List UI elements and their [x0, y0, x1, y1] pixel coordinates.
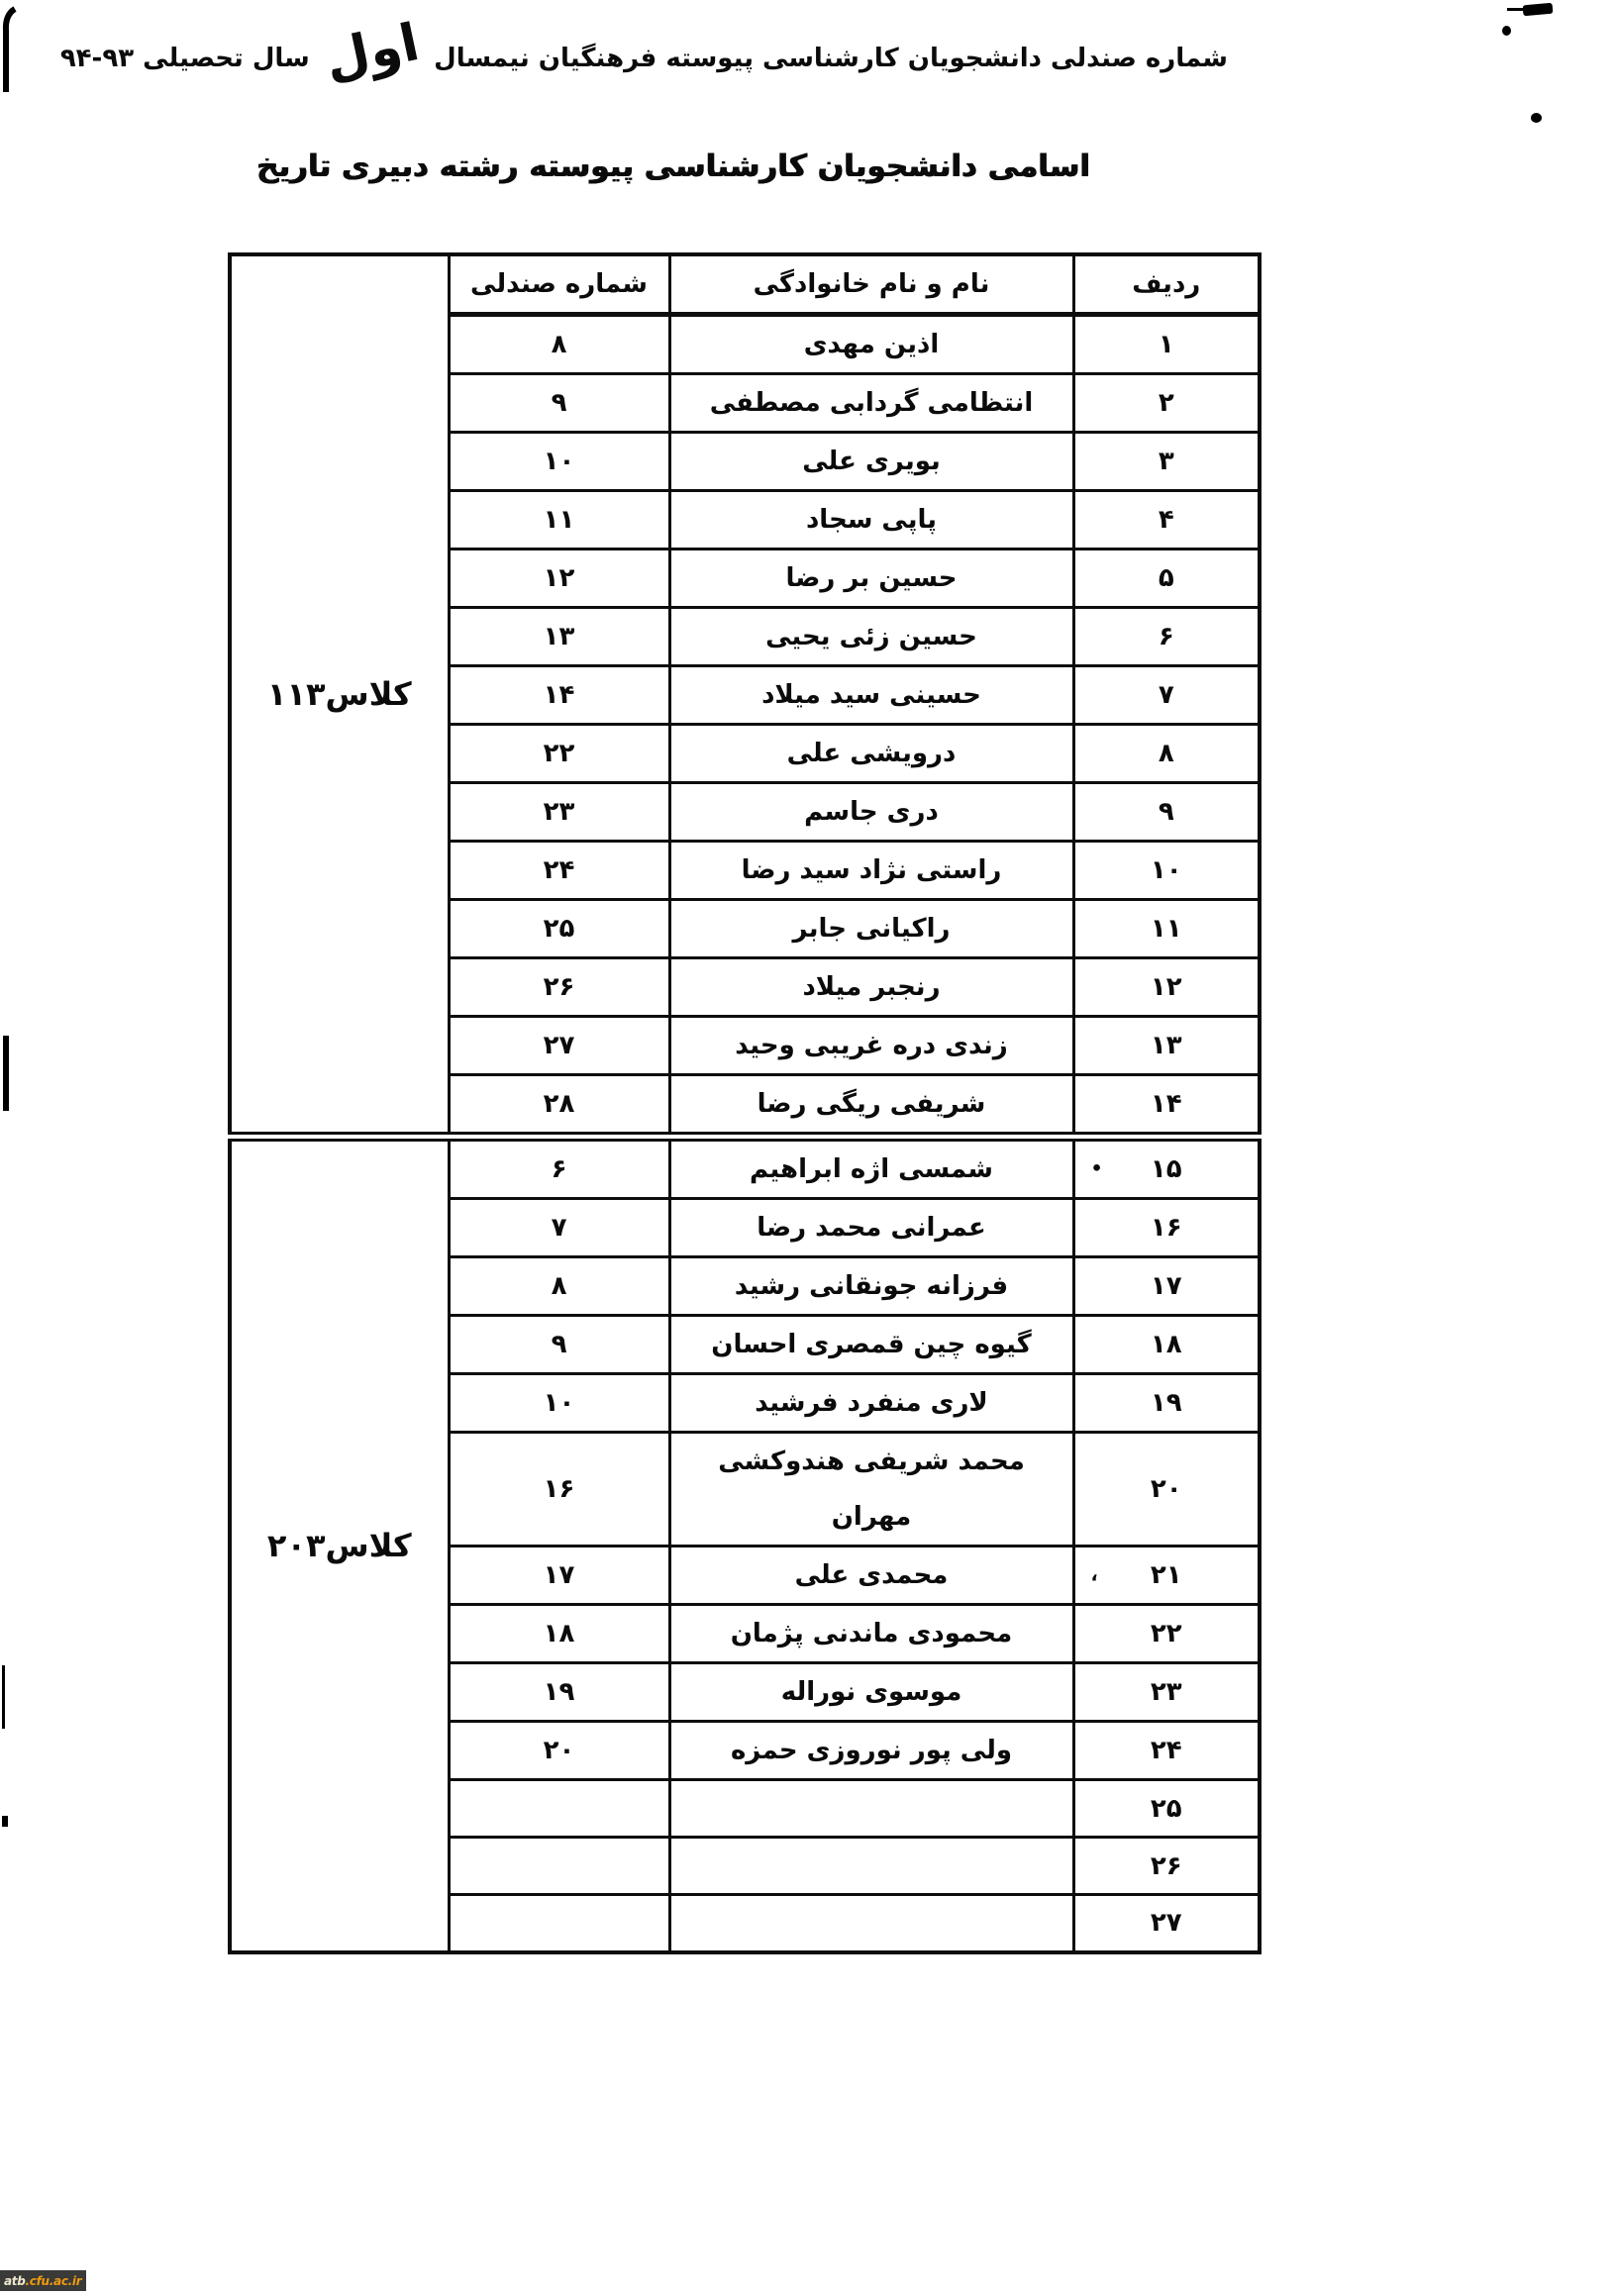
row-number: ۲ — [1159, 388, 1174, 418]
row-number-cell: ۱۰ — [1073, 842, 1260, 900]
seat-number-cell: ۱۰ — [449, 433, 669, 491]
row-number-cell: ۱۶ — [1073, 1199, 1260, 1257]
row-number: ۲۱ — [1151, 1560, 1182, 1590]
row-number-cell: ۲۲ — [1073, 1605, 1260, 1663]
row-number-cell: •۱۵ — [1073, 1137, 1260, 1199]
row-number: ۷ — [1159, 680, 1174, 710]
student-name-cell: دری جاسم — [669, 783, 1073, 842]
roster-header-row: ردیفنام و نام خانوادگیشماره صندلیکلاس۱۱۳ — [230, 254, 1260, 315]
student-name-cell: موسوی نوراله — [669, 1663, 1073, 1722]
seat-number-cell: ۹ — [449, 374, 669, 433]
row-number-cell: ۴ — [1073, 491, 1260, 549]
seat-number-cell: ۲۲ — [449, 725, 669, 783]
student-name-cell: پاپی سجاد — [669, 491, 1073, 549]
row-number: ۱۲ — [1151, 972, 1182, 1002]
student-name-cell: درویشی علی — [669, 725, 1073, 783]
class-label-cell: کلاس۱۱۳ — [230, 254, 449, 1137]
page-header-line: شماره صندلی دانشجویان کارشناسی پیوسته فر… — [228, 44, 1228, 73]
student-name-cell: محمد شریفی هندوکشی مهران — [669, 1433, 1073, 1547]
ink-mark-left-line — [2, 1665, 5, 1729]
seat-number-cell: ۲۸ — [449, 1075, 669, 1138]
row-number-cell: ۳ — [1073, 433, 1260, 491]
ink-mark-pen-stroke — [0, 5, 22, 98]
scanned-document-page: شماره صندلی دانشجویان کارشناسی پیوسته فر… — [0, 0, 1616, 2296]
class-label-cell: کلاس۲۰۳ — [230, 1137, 449, 1952]
seat-number-cell: ۱۰ — [449, 1374, 669, 1433]
row-number-cell: ،۲۱ — [1073, 1547, 1260, 1605]
row-number: ۱۸ — [1151, 1330, 1182, 1359]
row-number: ۱ — [1159, 330, 1174, 359]
row-number-cell: ۲ — [1073, 374, 1260, 433]
row-number: ۱۶ — [1151, 1213, 1182, 1243]
seat-number-cell: ۲۶ — [449, 958, 669, 1017]
seat-number-cell: ۲۴ — [449, 842, 669, 900]
row-number: ۱۳ — [1151, 1031, 1182, 1060]
student-roster-table: ردیفنام و نام خانوادگیشماره صندلیکلاس۱۱۳… — [228, 252, 1262, 1954]
row-number: ۳ — [1159, 447, 1174, 476]
student-name-cell: راکیانی جابر — [669, 900, 1073, 958]
row-number: ۲۶ — [1151, 1851, 1182, 1881]
student-name-cell: عمرانی محمد رضا — [669, 1199, 1073, 1257]
row-number: ۱۹ — [1151, 1388, 1182, 1418]
document-title: اسامی دانشجویان کارشناسی پیوسته رشته دبی… — [248, 149, 1099, 184]
row-number-cell: ۲۶ — [1073, 1838, 1260, 1895]
student-name-cell: انتظامی گردابی مصطفی — [669, 374, 1073, 433]
student-name-cell: بویری علی — [669, 433, 1073, 491]
row-number: ۲۰ — [1151, 1474, 1182, 1504]
row-number: ۲۵ — [1151, 1794, 1182, 1824]
handwritten-aval: اول — [326, 42, 418, 61]
seat-number-cell: ۲۰ — [449, 1722, 669, 1780]
row-number: ۵ — [1159, 563, 1174, 593]
student-name-cell: اذین مهدی — [669, 315, 1073, 374]
row-number-cell: ۱۴ — [1073, 1075, 1260, 1138]
student-name-cell: حسین بر رضا — [669, 549, 1073, 608]
student-name-cell: محمودی ماندنی پژمان — [669, 1605, 1073, 1663]
header-academic-year: ۹۴-۹۳ — [60, 44, 134, 73]
seat-number-cell: ۸ — [449, 315, 669, 374]
row-number: ۱۵ — [1151, 1154, 1182, 1184]
student-name-cell — [669, 1895, 1073, 1952]
row-number-cell: ۱۸ — [1073, 1316, 1260, 1374]
seat-number-cell: ۲۵ — [449, 900, 669, 958]
row-number: ۸ — [1159, 739, 1174, 768]
row-number-cell: ۲۴ — [1073, 1722, 1260, 1780]
row-number: ۹ — [1159, 797, 1174, 827]
row-number: ۲۴ — [1151, 1736, 1182, 1765]
student-name-cell: راستی نژاد سید رضا — [669, 842, 1073, 900]
ink-mark-left-tick — [2, 1816, 8, 1827]
seat-number-cell — [449, 1780, 669, 1838]
seat-number-cell — [449, 1895, 669, 1952]
seat-number-cell: ۲۷ — [449, 1017, 669, 1075]
class-label: کلاس۱۱۳ — [232, 675, 448, 713]
ink-mark-left-bar — [3, 1036, 9, 1111]
header-text-after: سال تحصیلی — [143, 44, 310, 73]
roster-row: •۱۵شمسی اژه ابراهیم۶کلاس۲۰۳ — [230, 1137, 1260, 1199]
row-number-cell: ۱۷ — [1073, 1257, 1260, 1316]
ink-mark-dot — [1502, 26, 1511, 36]
seat-number-cell: ۷ — [449, 1199, 669, 1257]
seat-number-cell — [449, 1838, 669, 1895]
column-header-name: نام و نام خانوادگی — [669, 254, 1073, 315]
row-number-cell: ۱ — [1073, 315, 1260, 374]
student-name-cell: شریفی ریگی رضا — [669, 1075, 1073, 1138]
row-number-cell: ۵ — [1073, 549, 1260, 608]
ink-mark: ، — [1091, 1566, 1098, 1585]
row-number-cell: ۲۷ — [1073, 1895, 1260, 1952]
seat-number-cell: ۹ — [449, 1316, 669, 1374]
row-number: ۱۰ — [1151, 855, 1182, 885]
watermark-suffix: .cfu.ac.ir — [26, 2274, 82, 2288]
column-header-row: ردیف — [1073, 254, 1260, 315]
ink-mark: • — [1091, 1160, 1103, 1179]
student-name-cell: حسین زئی یحیی — [669, 608, 1073, 666]
class-label: کلاس۲۰۳ — [232, 1527, 448, 1564]
row-number: ۲۳ — [1151, 1677, 1182, 1707]
student-name-cell: گیوه چین قمصری احسان — [669, 1316, 1073, 1374]
student-name-cell: شمسی اژه ابراهیم — [669, 1137, 1073, 1199]
row-number: ۱۱ — [1151, 914, 1182, 944]
student-name-cell — [669, 1780, 1073, 1838]
row-number: ۱۴ — [1151, 1089, 1182, 1119]
row-number-cell: ۲۰ — [1073, 1433, 1260, 1547]
seat-number-cell: ۶ — [449, 1137, 669, 1199]
ink-mark-dot — [1531, 113, 1542, 123]
student-name-cell: حسینی سید میلاد — [669, 666, 1073, 725]
student-name-cell — [669, 1838, 1073, 1895]
row-number-cell: ۱۹ — [1073, 1374, 1260, 1433]
row-number: ۱۷ — [1151, 1271, 1182, 1301]
row-number-cell: ۱۲ — [1073, 958, 1260, 1017]
row-number: ۴ — [1159, 505, 1174, 535]
student-name-cell: لاری منفرد فرشید — [669, 1374, 1073, 1433]
row-number: ۶ — [1159, 622, 1174, 651]
ink-mark-top-tail — [1507, 8, 1527, 11]
row-number-cell: ۶ — [1073, 608, 1260, 666]
row-number: ۲۲ — [1151, 1619, 1182, 1648]
student-name-cell: محمدی علی — [669, 1547, 1073, 1605]
student-name-cell: ولی پور نوروزی حمزه — [669, 1722, 1073, 1780]
seat-number-cell: ۱۸ — [449, 1605, 669, 1663]
student-name-cell: فرزانه جونقانی رشید — [669, 1257, 1073, 1316]
seat-number-cell: ۱۲ — [449, 549, 669, 608]
row-number-cell: ۹ — [1073, 783, 1260, 842]
ink-mark-top-blob — [1523, 3, 1554, 17]
row-number: ۲۷ — [1151, 1908, 1182, 1938]
seat-number-cell: ۱۱ — [449, 491, 669, 549]
site-watermark: atb.cfu.ac.ir — [0, 2270, 86, 2291]
seat-number-cell: ۱۷ — [449, 1547, 669, 1605]
seat-number-cell: ۱۹ — [449, 1663, 669, 1722]
watermark-prefix: atb — [4, 2274, 26, 2288]
column-header-seat: شماره صندلی — [449, 254, 669, 315]
student-name-cell: زندی دره غریبی وحید — [669, 1017, 1073, 1075]
row-number-cell: ۸ — [1073, 725, 1260, 783]
seat-number-cell: ۱۴ — [449, 666, 669, 725]
row-number-cell: ۲۳ — [1073, 1663, 1260, 1722]
row-number-cell: ۱۱ — [1073, 900, 1260, 958]
row-number-cell: ۲۵ — [1073, 1780, 1260, 1838]
student-name-cell: رنجبر میلاد — [669, 958, 1073, 1017]
seat-number-cell: ۲۳ — [449, 783, 669, 842]
row-number-cell: ۱۳ — [1073, 1017, 1260, 1075]
seat-number-cell: ۱۶ — [449, 1433, 669, 1547]
header-text-before: شماره صندلی دانشجویان کارشناسی پیوسته فر… — [434, 44, 1228, 73]
seat-number-cell: ۸ — [449, 1257, 669, 1316]
row-number-cell: ۷ — [1073, 666, 1260, 725]
seat-number-cell: ۱۳ — [449, 608, 669, 666]
